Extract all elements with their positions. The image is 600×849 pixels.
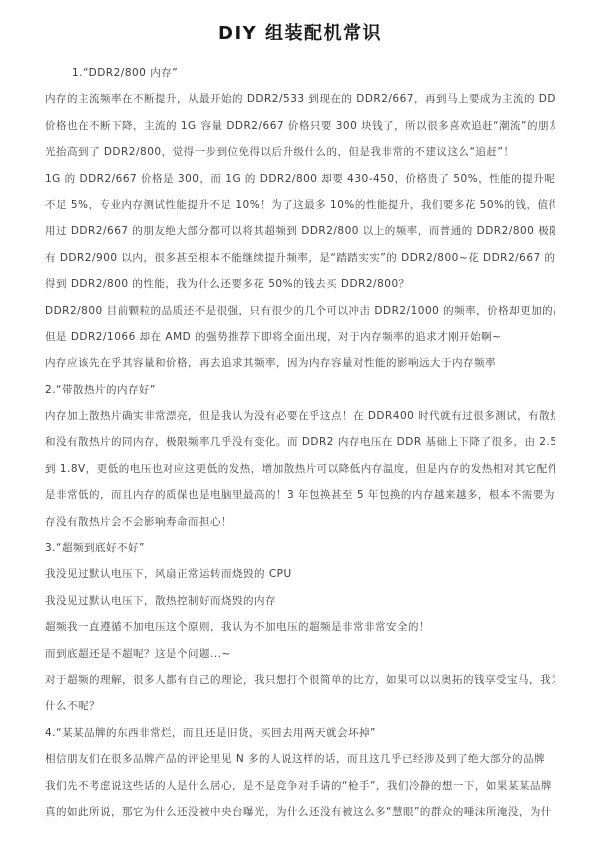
document-body: 1.“DDR2/800 内存”内存的主流频率在不断提升，从最开始的 DDR2/5… (45, 60, 555, 825)
text-line: 而到底超还是不超呢？这是个问题...~ (45, 641, 555, 667)
text-line: 我没见过默认电压下，散热控制好而烧毁的内存 (45, 588, 555, 614)
text-line: 有 DDR2/900 以内，很多甚至根本不能继续提升频率，是“踏踏实实”的 DD… (45, 245, 555, 271)
text-line: 内存的主流频率在不断提升，从最开始的 DDR2/533 到现在的 DDR2/66… (45, 86, 555, 112)
text-line: 光抬高到了 DDR2/800，觉得一步到位免得以后升级什么的，但是我非常的不建议… (45, 139, 555, 165)
text-line: 真的如此所说，那它为什么还没被中央台曝光，为什么还没有被这么多“慧眼”的群众的唾… (45, 799, 555, 825)
page-title: DIY 组装配机常识 (45, 21, 555, 46)
section-heading: 2.“带散热片的内存好” (45, 377, 555, 403)
section-heading: 4.“某某品牌的东西非常烂，而且还是旧货，买回去用两天就会坏掉” (45, 720, 555, 746)
text-line: 存没有散热片会不会影响寿命而担心！ (45, 509, 555, 535)
text-line: 但是 DDR2/1066 却在 AMD 的强势推荐下即将全面出现，对于内存频率的… (45, 324, 555, 350)
text-line: 我们先不考虑说这些话的人是什么居心，是不是竞争对手请的“枪手”，我们冷静的想一下… (45, 773, 555, 799)
section-heading: 3.“超频到底好不好” (45, 535, 555, 561)
text-line: 超频我一直遵循不加电压这个原则，我认为不加电压的超频是非常非常安全的！ (45, 614, 555, 640)
text-line: 是非常低的，而且内存的质保也是电脑里最高的！3 年包换甚至 5 年包换的内存越来… (45, 482, 555, 508)
text-line: 用过 DDR2/667 的朋友绝大部分都可以将其超频到 DDR2/800 以上的… (45, 218, 555, 244)
text-line: 内存应该先在乎其容量和价格，再去追求其频率，因为内存容量对性能的影响远大于内存频… (45, 350, 555, 376)
text-line: 价格也在不断下降，主流的 1G 容量 DDR2/667 价格只要 300 块钱了… (45, 113, 555, 139)
text-line: 不足 5%，专业内存测试性能提升不足 10%！为了这最多 10%的性能提升，我们… (45, 192, 555, 218)
text-line: DDR2/800 目前颗粒的品质还不是很强，只有很少的几个可以冲击 DDR2/1… (45, 298, 555, 324)
text-line: 得到 DDR2/800 的性能，我为什么还要多花 50%的钱去买 DDR2/80… (45, 271, 555, 297)
document-page: DIY 组装配机常识 1.“DDR2/800 内存”内存的主流频率在不断提升，从… (0, 0, 600, 849)
text-line: 什么不呢？ (45, 693, 555, 719)
text-line: 到 1.8V，更低的电压也对应这更低的发热，增加散热片可以降低内存温度，但是内存… (45, 456, 555, 482)
text-line: 我没见过默认电压下，风扇正常运转而烧毁的 CPU (45, 561, 555, 587)
text-line: 和没有散热片的同内存，极限频率几乎没有变化。而 DDR2 内存电压在 DDR 基… (45, 429, 555, 455)
section-heading: 1.“DDR2/800 内存” (45, 60, 555, 86)
text-line: 1G 的 DDR2/667 价格是 300，而 1G 的 DDR2/800 却要… (45, 166, 555, 192)
text-line: 内存加上散热片确实非常漂亮，但是我认为没有必要在乎这点！在 DDR400 时代就… (45, 403, 555, 429)
text-line: 对于超频的理解，很多人都有自己的理论，我只想打个很简单的比方，如果可以以奥拓的钱… (45, 667, 555, 693)
text-line: 相信朋友们在很多品牌产品的评论里见 N 多的人说这样的话，而且这几乎已经涉及到了… (45, 746, 555, 772)
